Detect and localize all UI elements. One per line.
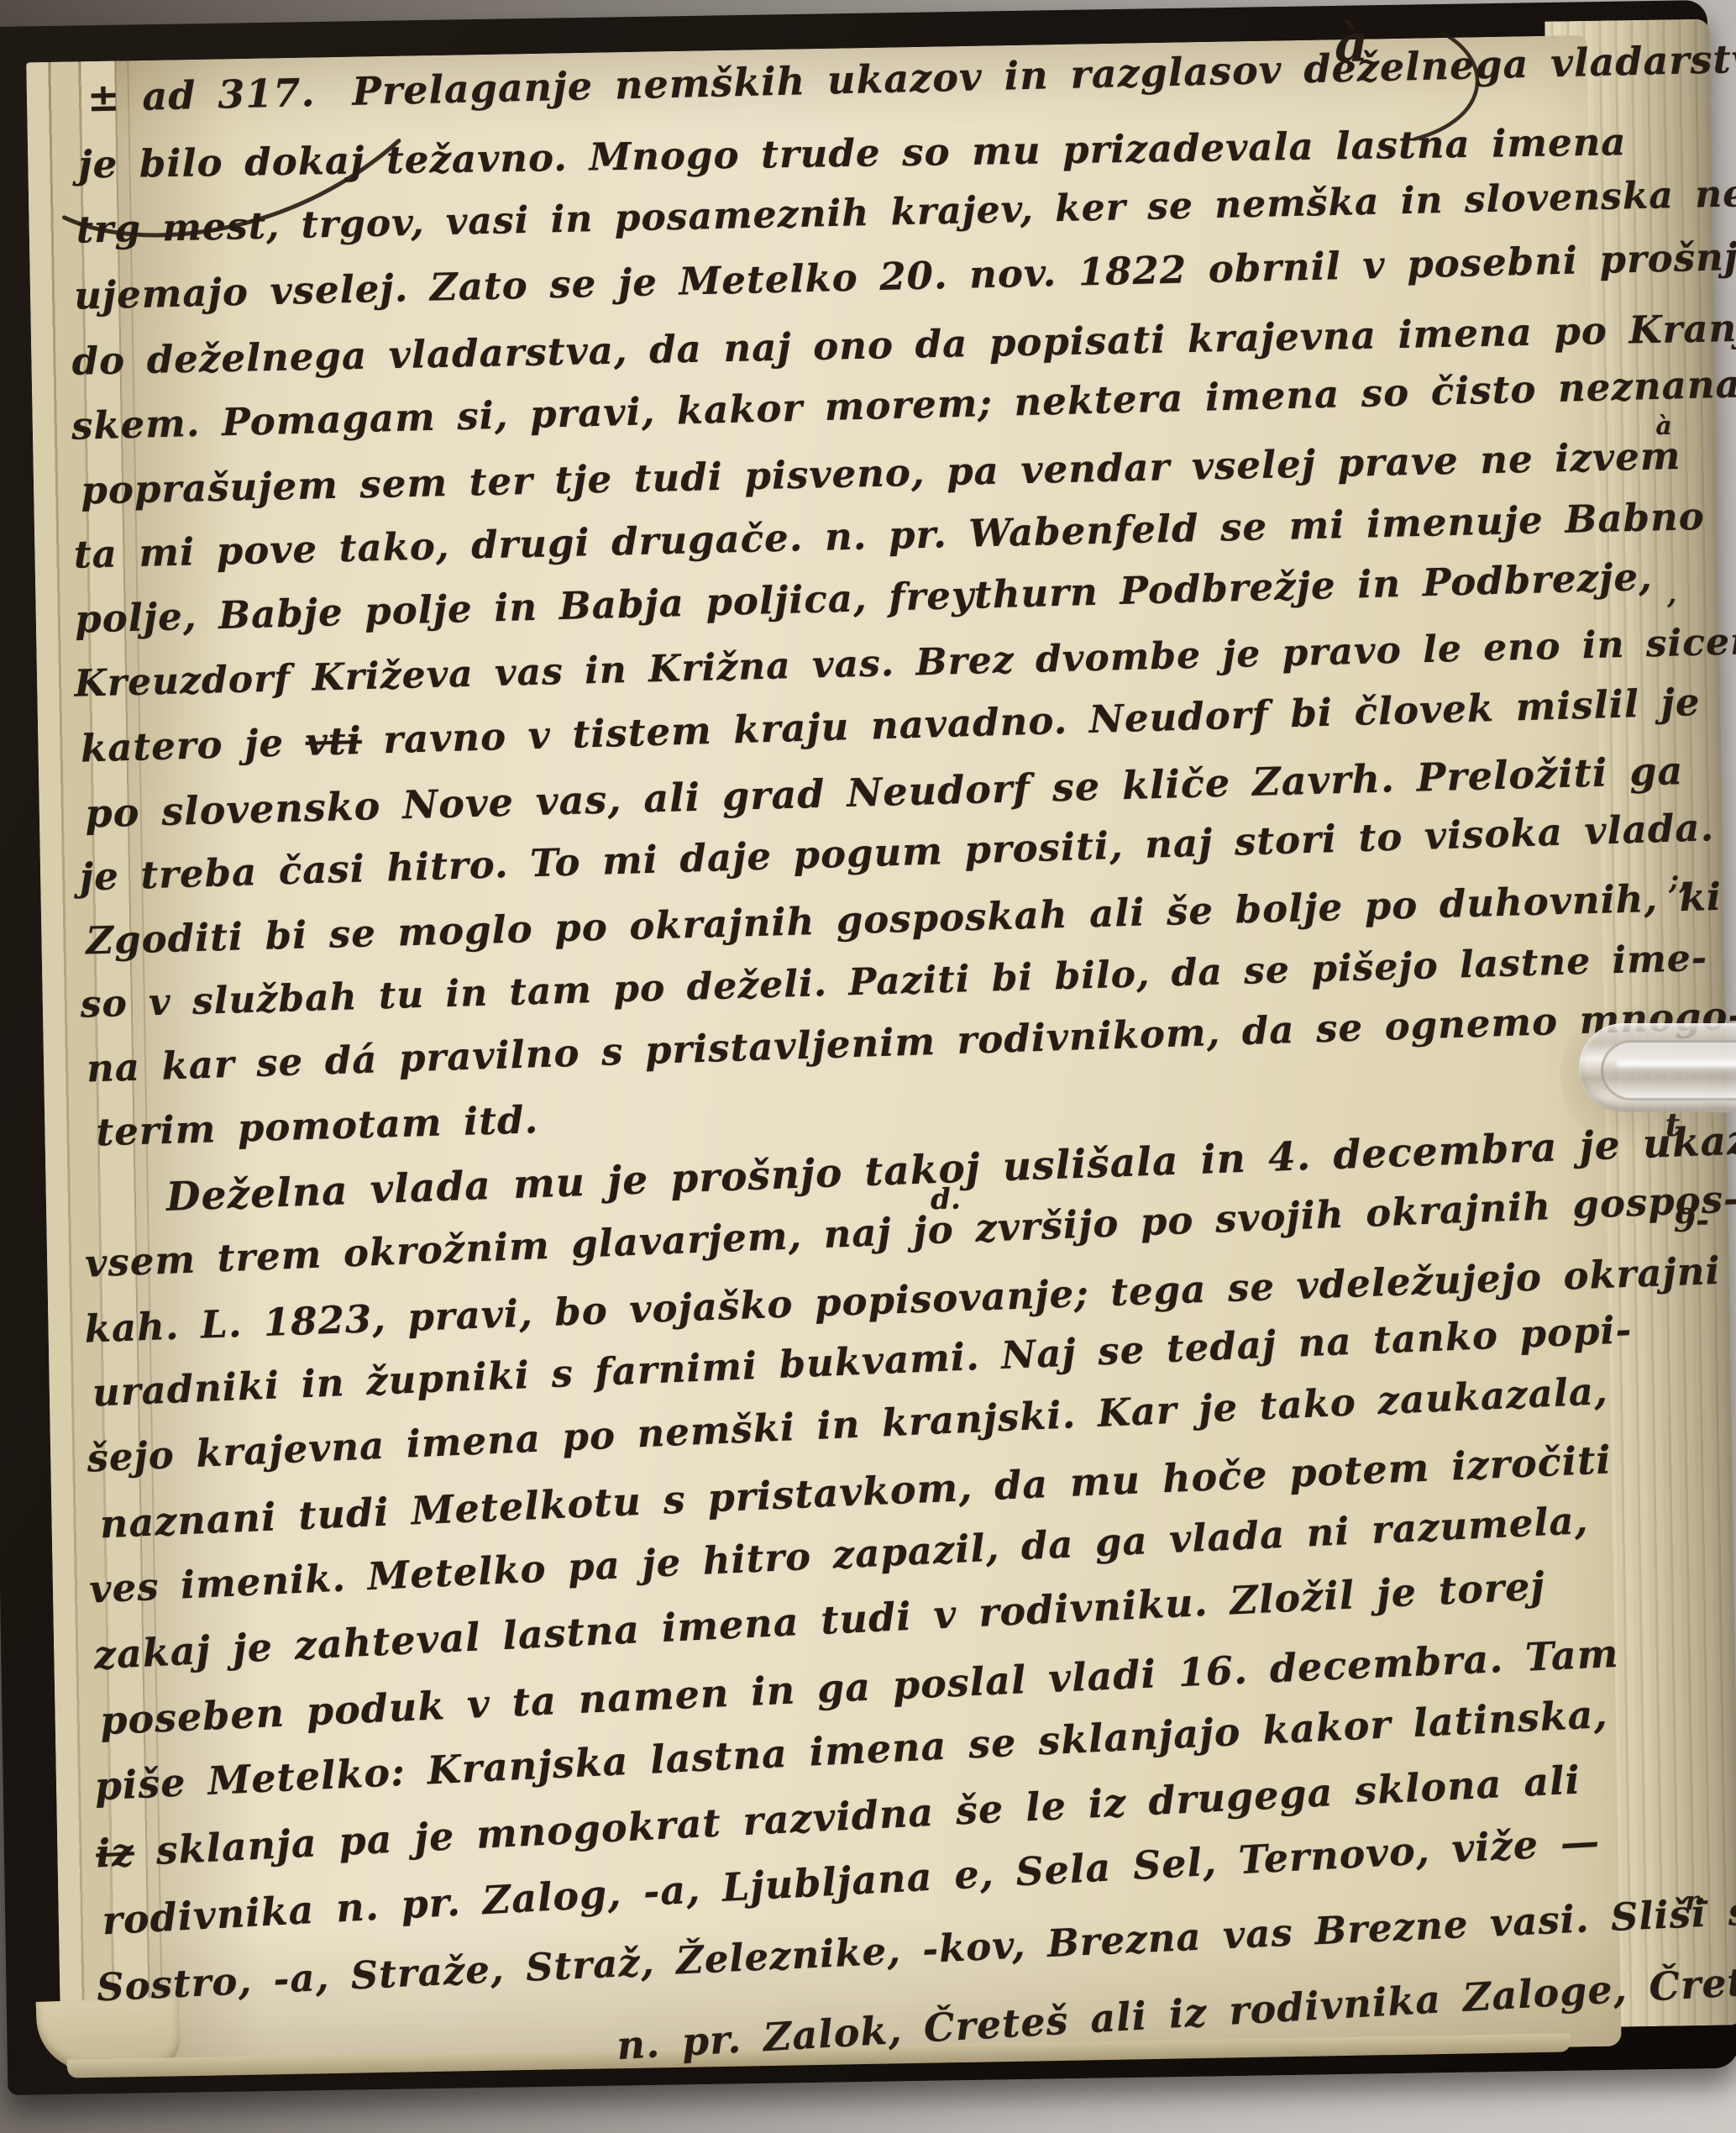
line-text: Prelaganje nemških ukazov in razglasov d… xyxy=(352,35,1736,114)
manuscript-line: terim pomotam itd. xyxy=(96,1096,539,1156)
edge-mark: r- xyxy=(1685,1886,1709,1916)
edge-mark: ;, xyxy=(1669,864,1689,896)
manuscript-line: ± ad 317.Prelaganje nemških ukazov in ra… xyxy=(87,34,1736,123)
reference-number: ± ad 317. xyxy=(87,70,316,120)
handwriting-layer: ± ad 317.Prelaganje nemških ukazov in ra… xyxy=(51,24,1672,2073)
struck-word: vti xyxy=(305,718,363,764)
glass-rod-cap xyxy=(1601,1040,1736,1101)
line-text: katero je xyxy=(80,720,306,771)
margin-9: 9- xyxy=(1673,1200,1709,1239)
top-right-annotation: à xyxy=(1334,12,1369,74)
photograph: ± ad 317.Prelaganje nemških ukazov in ra… xyxy=(0,0,1736,2133)
struck-word: iz xyxy=(95,1829,135,1876)
glass-rod-highlight xyxy=(1616,1060,1736,1067)
glass-rod-page-weight xyxy=(1572,1001,1736,1151)
edge-mark: , xyxy=(1667,578,1677,610)
insertion-d: d. xyxy=(931,1182,961,1216)
margin-annotation: à xyxy=(1655,412,1672,441)
